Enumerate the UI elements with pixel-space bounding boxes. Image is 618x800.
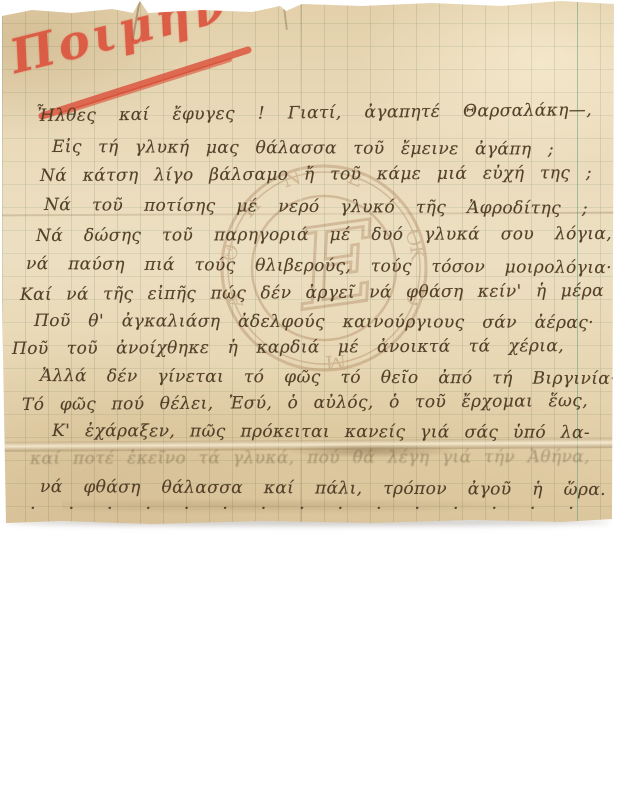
handwritten-line: Νά τοῦ ποτίσης μέ νερό γλυκό τῆς Ἀφροδίτ… [44, 195, 588, 220]
handwritten-line: Τό φῶς πού θέλει, Ἐσύ, ὁ αὐλός, ὁ τοῦ ἔρ… [22, 391, 588, 416]
handwritten-line: Ποῦ τοῦ ἀνοίχθηκε ἡ καρδιά μέ ἀνοικτά τά… [12, 336, 564, 360]
handwritten-line: Ἀλλά δέν γίνεται τό φῶς τό θεῖο ἀπό τή Β… [40, 366, 616, 390]
handwritten-line: Κ' ἐχάραξεν, πῶς πρόκειται κανείς γιά σά… [52, 421, 590, 444]
handwritten-line: Νά κάτση λίγο βάλσαμο ἤ τοῦ κάμε μιά εὐχ… [40, 163, 592, 187]
handwritten-line: νά παύση πιά τούς θλιβερούς, τούς τόσον … [26, 254, 612, 279]
red-crayon-title: Ποιμήν [5, 0, 235, 85]
handwritten-line: Ἦλθες καί ἔφυγες ! Γιατί, ἀγαπητέ Θαρσαλ… [36, 100, 592, 127]
stamp-ring-text-right: Κ Ο [397, 244, 432, 318]
handwritten-line-faded: καί ποτέ ἐκεῖνο τά γλυκά, πού θά λέγη γι… [30, 447, 590, 470]
handwritten-line: Καί νά τῆς εἰπῆς πώς δέν ἀργεῖ νά φθάση … [20, 281, 604, 306]
ellipsis-dots-row: · · · · · · · · · · · · · · · [30, 498, 596, 519]
paper-tear-mark-center [282, 0, 288, 30]
handwritten-line: Ποῦ θ' ἀγκαλιάση ἀδελφούς καινούργιους σ… [34, 311, 594, 334]
handwritten-line: Νά δώσης τοῦ παρηγοριά μέ δυό γλυκά σου … [36, 224, 612, 247]
letter-paper: Ε Τ Ο Κ Ο Α Θ Η Ν Μ Ε Ποιμήν Ἦλθες καί ἔ… [2, 0, 614, 525]
handwritten-line: Εἰς τή γλυκή μας θάλασσα τοῦ ἔμεινε ἀγάπ… [52, 137, 554, 161]
ink-speck-top [253, 0, 270, 8]
svg-text:Κ Ο: Κ Ο [397, 244, 432, 318]
